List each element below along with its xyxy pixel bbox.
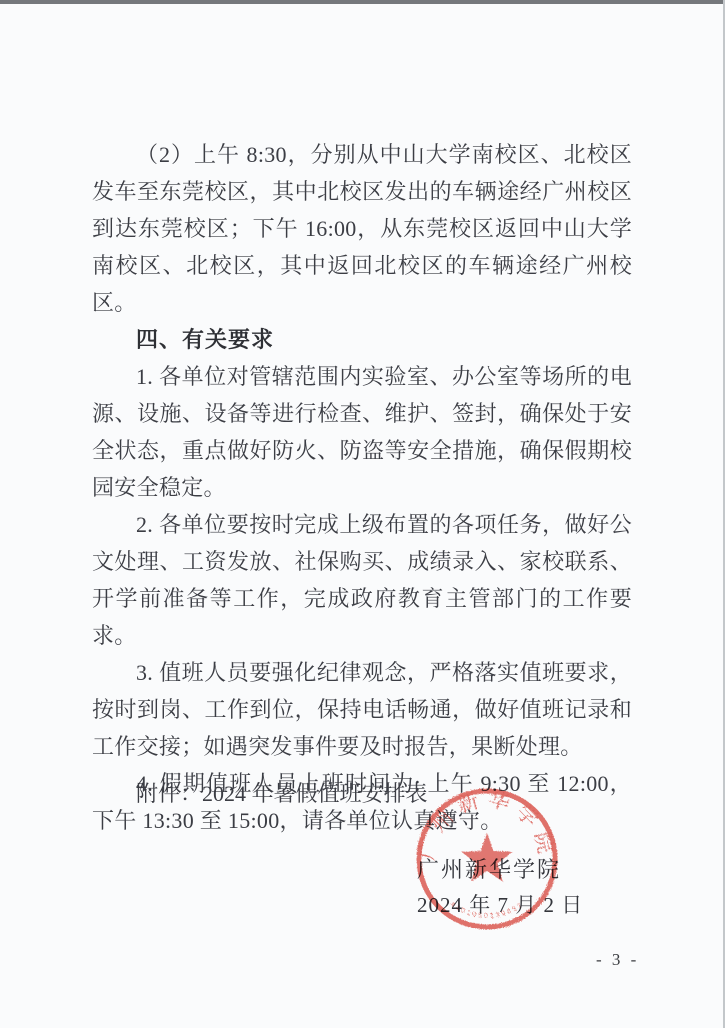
requirement-item-2: 2. 各单位要按时完成上级布置的各项任务，做好公文处理、工资发放、社保购买、成绩… bbox=[92, 506, 632, 654]
document-page: （2）上午 8:30，分别从中山大学南校区、北校区发车至东莞校区，其中北校区发出… bbox=[0, 0, 725, 1028]
official-seal-stamp: 广州新华学院 4401050139657 bbox=[398, 773, 576, 951]
seal-serial-arc: 4401050139657 bbox=[449, 901, 525, 920]
page-number: - 3 - bbox=[596, 950, 639, 970]
section-heading-requirements: 四、有关要求 bbox=[92, 321, 632, 358]
requirement-item-3: 3. 值班人员要强化纪律观念，严格落实值班要求，按时到岗、工作到位，保持电话畅通… bbox=[92, 654, 632, 765]
requirement-item-1: 1. 各单位对管辖范围内实验室、办公室等场所的电源、设施、设备等进行检查、维护、… bbox=[92, 358, 632, 506]
notice-body: （2）上午 8:30，分别从中山大学南校区、北校区发车至东莞校区，其中北校区发出… bbox=[92, 136, 632, 839]
notice-paragraph-transport: （2）上午 8:30，分别从中山大学南校区、北校区发车至东莞校区，其中北校区发出… bbox=[92, 136, 632, 321]
seal-star-icon bbox=[461, 833, 512, 882]
scan-edge-top bbox=[0, 0, 725, 4]
